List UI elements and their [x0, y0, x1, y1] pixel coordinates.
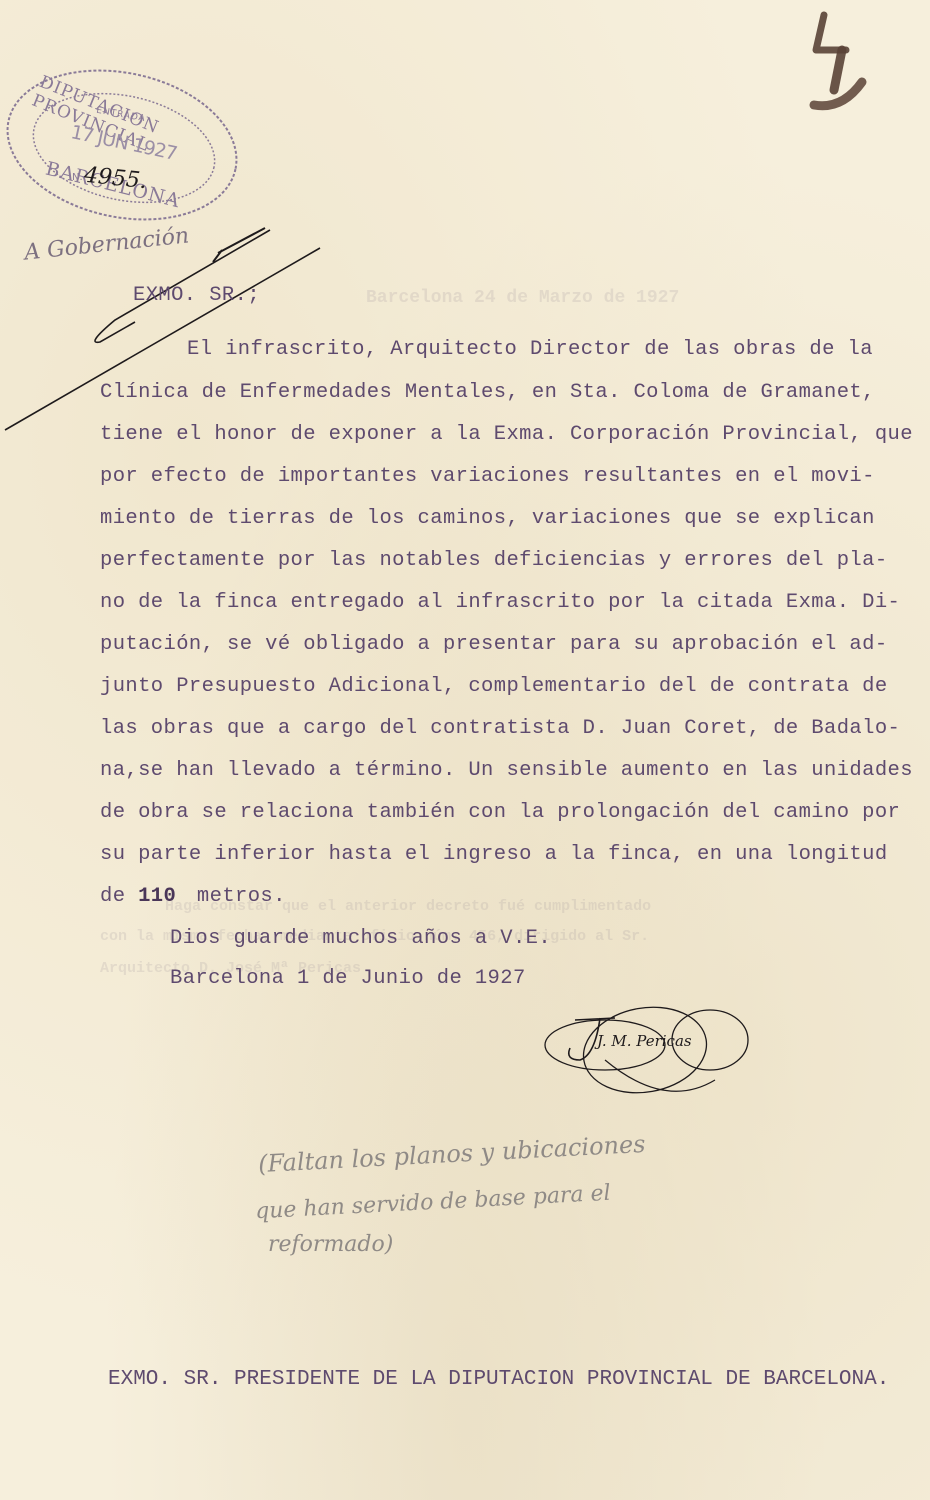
body-line: no de la finca entregado al infrascrito …	[100, 591, 900, 614]
signature-text: J. M. Pericas	[597, 1032, 692, 1050]
body-last-line: de 110 metros.	[100, 885, 286, 908]
salutation: EXMO. SR.;	[133, 284, 260, 307]
place-date: Barcelona 1 de Junio de 1927	[170, 967, 526, 990]
body-line: de obra se relaciona también con la prol…	[100, 801, 900, 824]
signature: J. M. Pericas	[535, 1000, 755, 1110]
signature-flourish-icon	[535, 1000, 755, 1110]
body-line: na,se han llevado a término. Un sensible…	[100, 759, 913, 782]
addressee: EXMO. SR. PRESIDENTE DE LA DIPUTACION PR…	[108, 1368, 889, 1391]
closing: Dios guarde muchos años a V.E.	[170, 927, 551, 950]
body-line: El infrascrito, Arquitecto Director de l…	[187, 338, 873, 361]
body-line: su parte inferior hasta el ingreso a la …	[100, 843, 888, 866]
body-line: perfectamente por las notables deficienc…	[100, 549, 888, 572]
body-line: junto Presupuesto Adicional, complementa…	[100, 675, 888, 698]
body-line: Clínica de Enfermedades Mentales, en Sta…	[100, 381, 875, 404]
body-line: por efecto de importantes variaciones re…	[100, 465, 875, 488]
last-line-suffix: metros.	[197, 885, 286, 908]
body-line: miento de tierras de los caminos, variac…	[100, 507, 875, 530]
length-value: 110	[138, 885, 176, 908]
body-line: tiene el honor de exponer a la Exma. Cor…	[100, 423, 913, 446]
body-line: putación, se vé obligado a presentar par…	[100, 633, 888, 656]
pen-strikethrough-icon	[0, 0, 930, 1500]
last-line-prefix: de	[100, 885, 125, 908]
body-line: las obras que a cargo del contratista D.…	[100, 717, 900, 740]
pencil-note-line: reformado)	[268, 1232, 393, 1257]
